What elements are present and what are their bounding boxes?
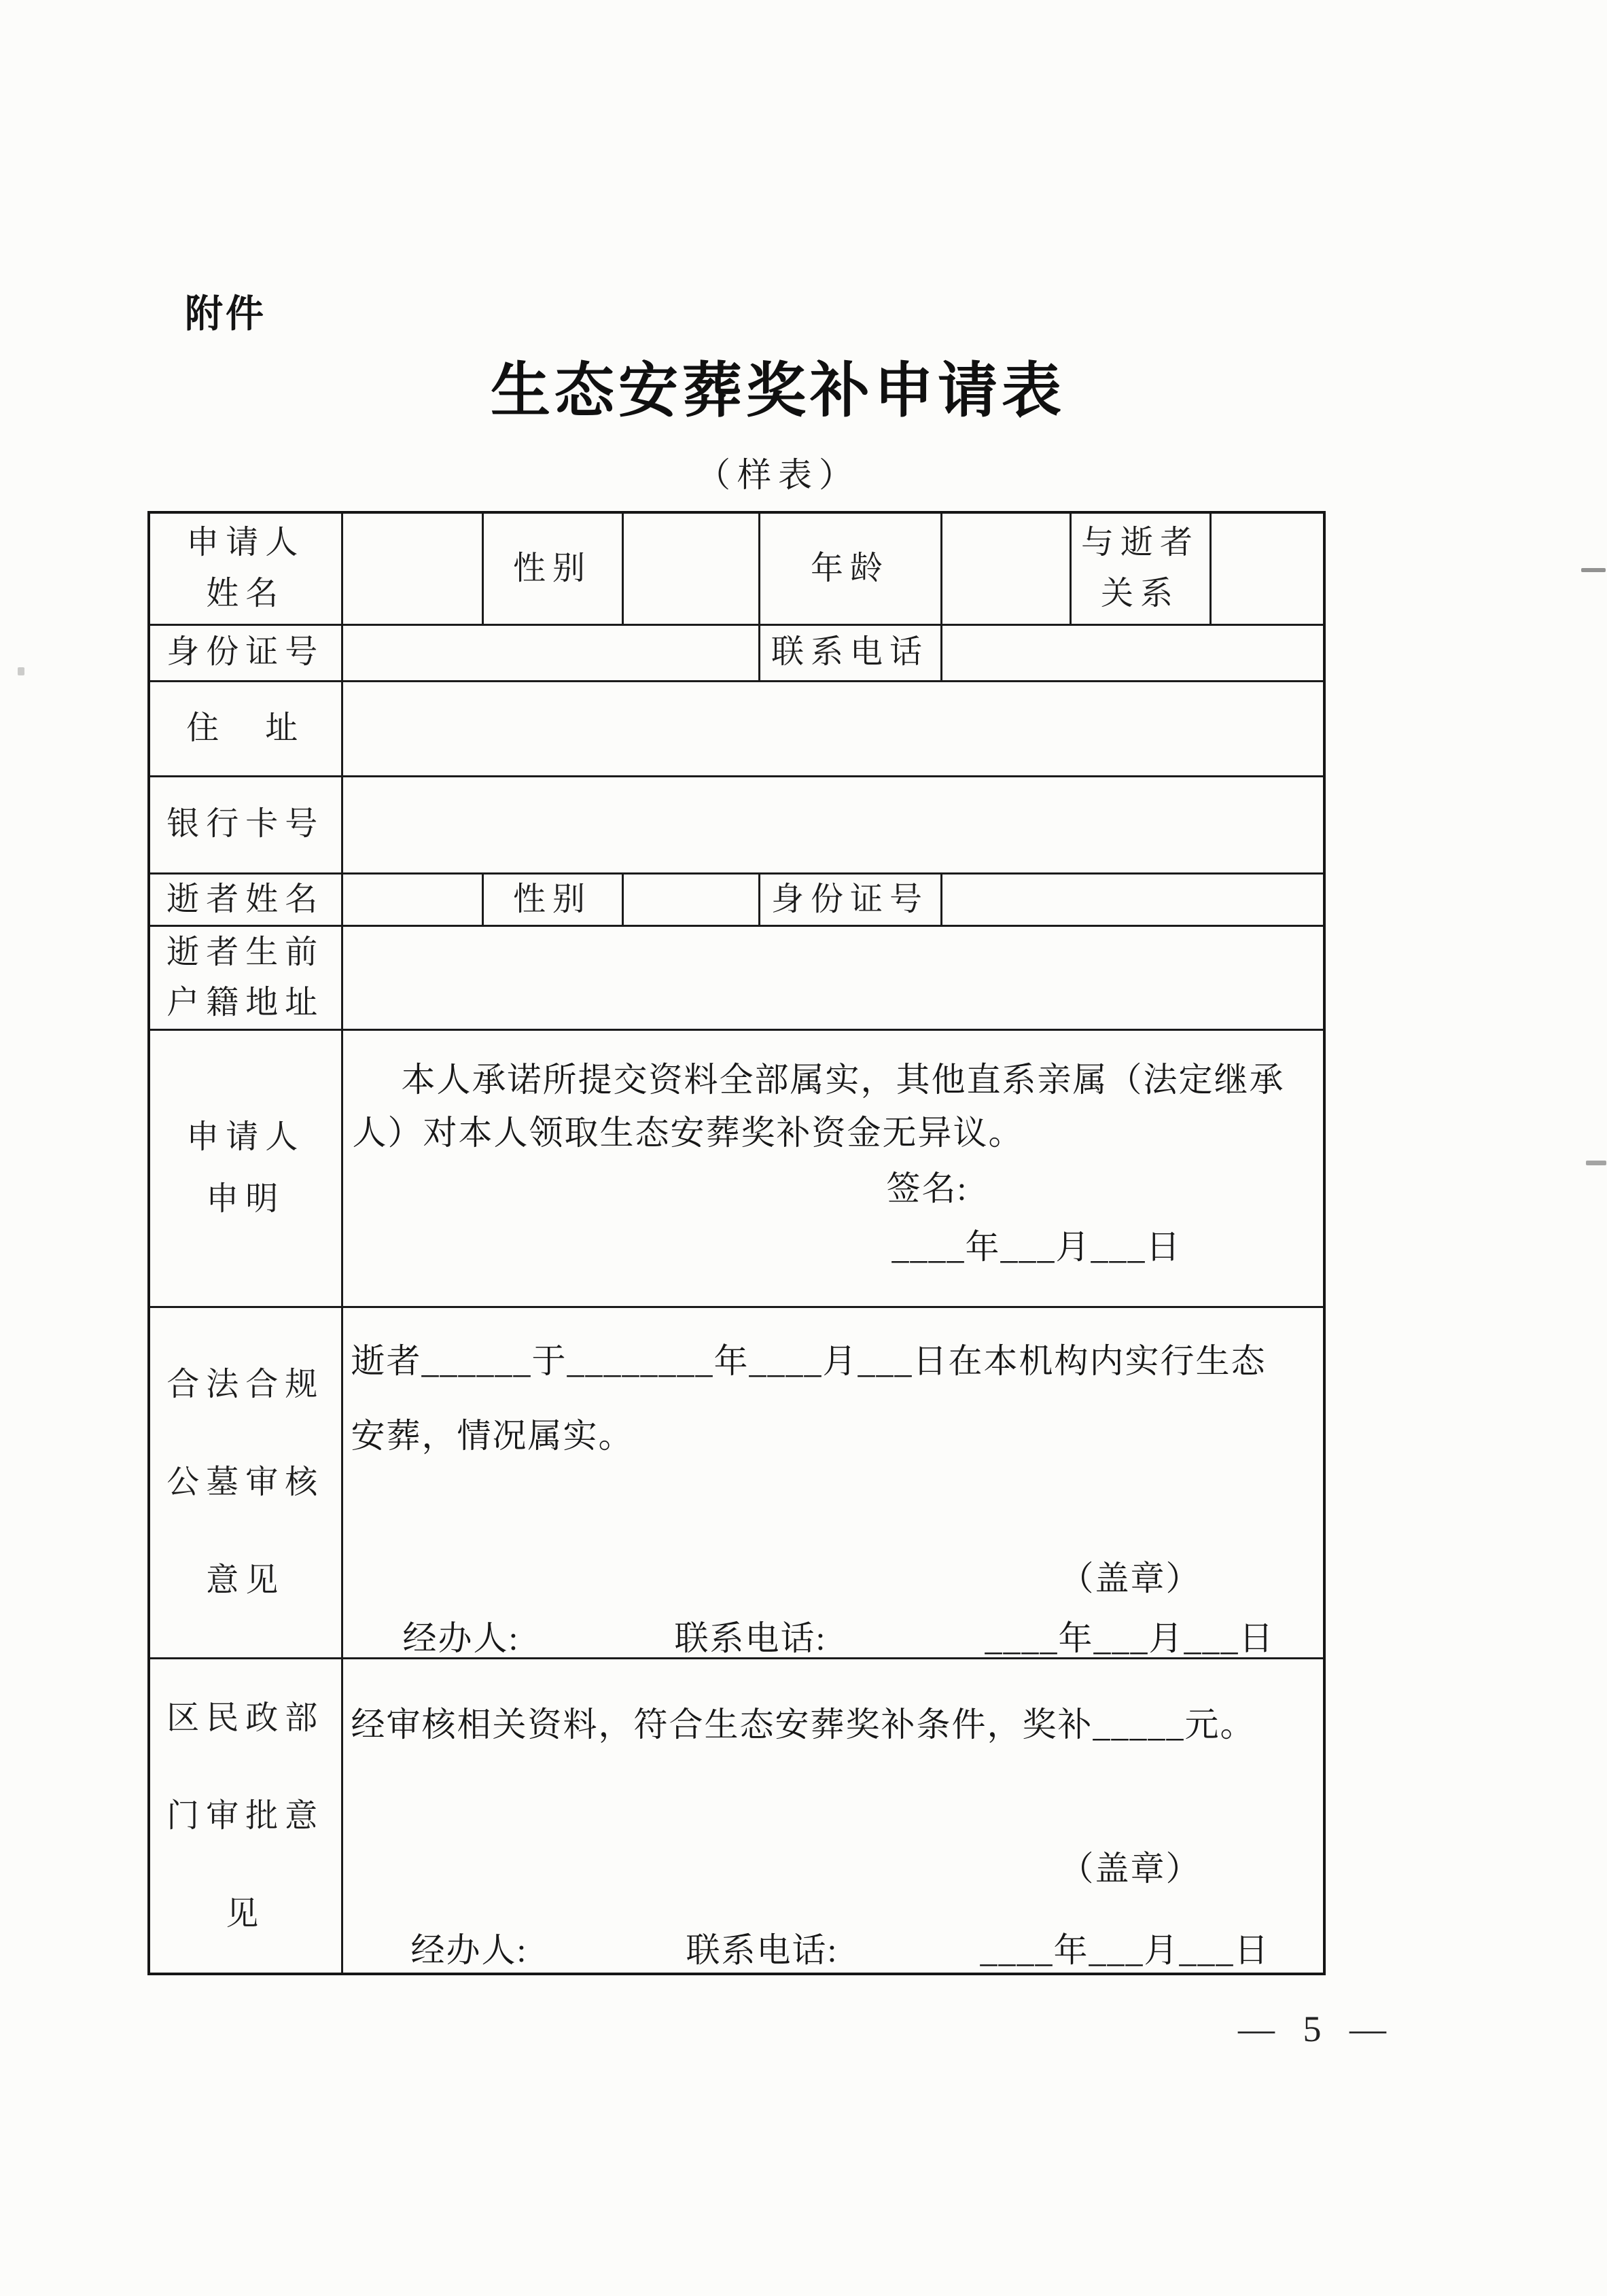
- application-table: 申请人 姓名 性别 年龄 与逝者 关系 身份证号 联系电话 住 址 银行卡号: [147, 511, 1326, 1975]
- deceased-gender-value-cell: [622, 873, 759, 925]
- applicant-age-value-cell: [941, 512, 1070, 624]
- applicant-relation-value-cell: [1210, 512, 1324, 624]
- cemetery-review-label: 合法合规 公墓审核 意见: [149, 1307, 342, 1658]
- deceased-residence-value-cell: [342, 925, 1324, 1029]
- cemetery-seal-label: （盖章）: [1060, 1551, 1201, 1600]
- cemetery-date-blank: ____年___月___日: [985, 1611, 1275, 1660]
- applicant-name-label: 申请人 姓名: [149, 512, 342, 624]
- civil-affairs-date-blank: ____年___月___日: [981, 1923, 1270, 1972]
- row-applicant-id: 身份证号 联系电话: [149, 624, 1324, 681]
- applicant-id-label: 身份证号: [149, 624, 342, 681]
- applicant-id-value-cell: [342, 624, 759, 681]
- cemetery-review-content-cell: 逝者______于________年____月___日在本机构内实行生态 安葬，…: [342, 1307, 1324, 1658]
- row-applicant: 申请人 姓名 性别 年龄 与逝者 关系: [149, 512, 1324, 624]
- cemetery-operator-label: 经办人:: [403, 1611, 520, 1660]
- document-page: 附件 生态安葬奖补申请表 （样表） 申请人 姓名 性别 年龄 与逝者 关系 身份…: [0, 0, 1607, 2296]
- scan-artifact-dash-right-lower: [1586, 1161, 1606, 1165]
- deceased-gender-label: 性别: [482, 873, 622, 925]
- applicant-phone-value-cell: [941, 624, 1324, 681]
- declaration-date-blank: ____年___月___日: [892, 1220, 1182, 1269]
- declaration-label: 申请人 申明: [149, 1029, 342, 1307]
- civil-affairs-seal-label: （盖章）: [1060, 1841, 1201, 1890]
- applicant-name-value-cell: [342, 512, 482, 624]
- page-subtitle: （样表）: [0, 448, 1556, 497]
- row-address: 住 址: [149, 681, 1324, 776]
- deceased-name-label: 逝者姓名: [149, 873, 342, 925]
- applicant-gender-label: 性别: [482, 512, 622, 624]
- row-deceased-residence: 逝者生前 户籍地址: [149, 925, 1324, 1029]
- row-declaration: 申请人 申明 本人承诺所提交资料全部属实，其他直系亲属（法定继承 人）对本人领取…: [149, 1029, 1324, 1307]
- cemetery-review-text-line1: 逝者______于________年____月___日在本机构内实行生态: [351, 1334, 1267, 1383]
- bank-card-value-cell: [342, 776, 1324, 873]
- declaration-content-cell: 本人承诺所提交资料全部属实，其他直系亲属（法定继承 人）对本人领取生态安葬奖补资…: [342, 1029, 1324, 1307]
- title-block: 生态安葬奖补申请表 （样表）: [0, 343, 1556, 497]
- civil-affairs-operator-label: 经办人:: [411, 1923, 528, 1972]
- deceased-name-value-cell: [342, 873, 482, 925]
- declaration-text-line1: 本人承诺所提交资料全部属实，其他直系亲属（法定继承: [402, 1053, 1285, 1101]
- scan-artifact-dash-right-upper: [1581, 568, 1606, 572]
- row-civil-affairs-approval: 区民政部 门审批意 见 经审核相关资料，符合生态安葬奖补条件，奖补_____元。…: [149, 1658, 1324, 1974]
- deceased-id-label: 身份证号: [759, 873, 941, 925]
- page-number: — 5 —: [1238, 2008, 1396, 2050]
- deceased-id-value-cell: [941, 873, 1324, 925]
- signature-label: 签名:: [887, 1161, 968, 1210]
- scan-artifact-speck-left: [18, 667, 24, 675]
- bank-card-label: 银行卡号: [149, 776, 342, 873]
- attachment-label: 附件: [185, 284, 266, 338]
- deceased-residence-label: 逝者生前 户籍地址: [149, 925, 342, 1029]
- applicant-phone-label: 联系电话: [759, 624, 941, 681]
- civil-affairs-content-cell: 经审核相关资料，符合生态安葬奖补条件，奖补_____元。 （盖章） 经办人: 联…: [342, 1658, 1324, 1974]
- address-label: 住 址: [149, 681, 342, 776]
- civil-affairs-text-line1: 经审核相关资料，符合生态安葬奖补条件，奖补_____元。: [351, 1697, 1256, 1746]
- row-cemetery-review: 合法合规 公墓审核 意见 逝者______于________年____月___日…: [149, 1307, 1324, 1658]
- applicant-relation-label: 与逝者 关系: [1070, 512, 1210, 624]
- applicant-age-label: 年龄: [759, 512, 941, 624]
- row-deceased: 逝者姓名 性别 身份证号: [149, 873, 1324, 925]
- civil-affairs-label: 区民政部 门审批意 见: [149, 1658, 342, 1974]
- cemetery-review-text-line2: 安葬，情况属实。: [351, 1409, 634, 1458]
- applicant-gender-value-cell: [622, 512, 759, 624]
- page-title: 生态安葬奖补申请表: [0, 343, 1556, 429]
- cemetery-phone-label: 联系电话:: [675, 1611, 827, 1660]
- address-value-cell: [342, 681, 1324, 776]
- civil-affairs-phone-label: 联系电话:: [686, 1923, 838, 1972]
- row-bank-card: 银行卡号: [149, 776, 1324, 873]
- declaration-text-line2: 人）对本人领取生态安葬奖补资金无异议。: [353, 1106, 1024, 1154]
